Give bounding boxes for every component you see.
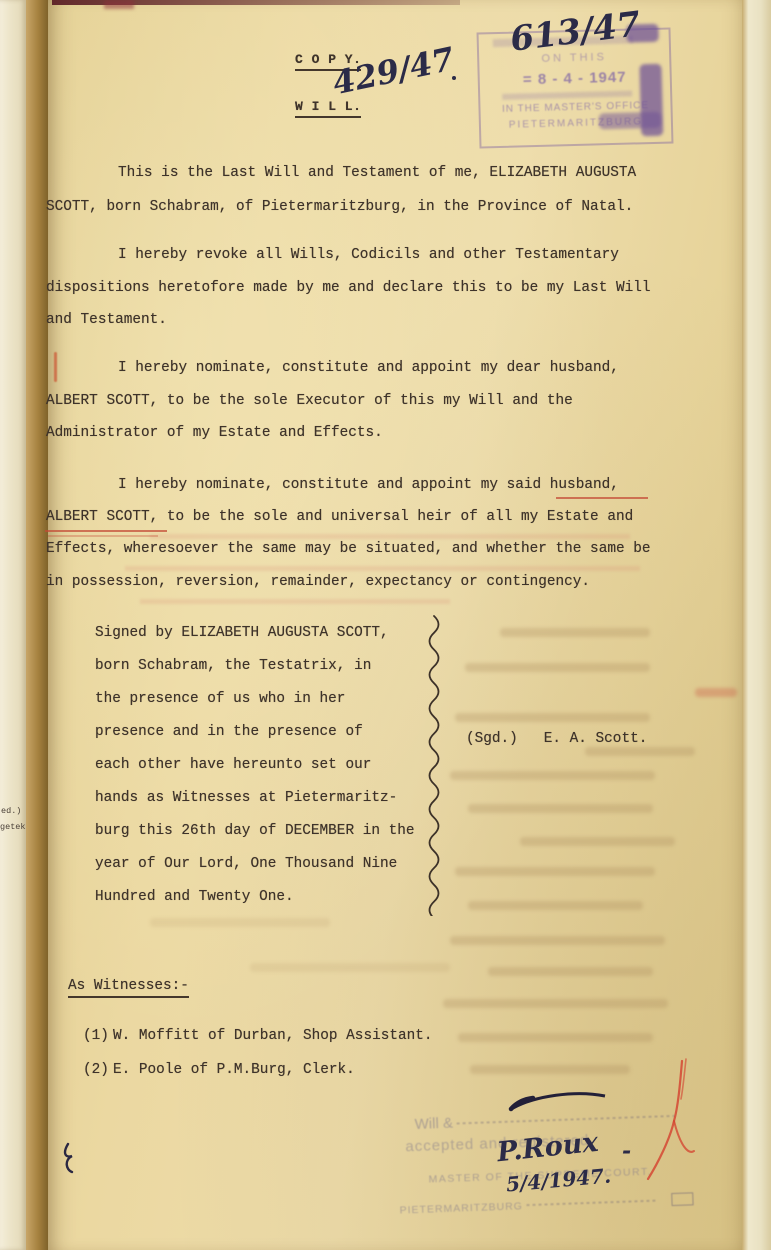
attestation-brace bbox=[422, 614, 446, 916]
regstamp-dotted-line bbox=[527, 1200, 657, 1207]
bleedthrough-mark bbox=[150, 918, 330, 927]
will-text-line: dispositions heretofore made by me and d… bbox=[46, 280, 651, 296]
spine-ink-squiggle bbox=[56, 1142, 82, 1178]
stamp-ink-blotch bbox=[599, 112, 661, 130]
will-heading: W I L L. bbox=[295, 99, 361, 114]
bleedthrough-mark bbox=[250, 963, 450, 972]
regstamp-end-box bbox=[671, 1192, 693, 1206]
red-underline-said-husband bbox=[556, 497, 648, 499]
ink-dash: - bbox=[622, 1138, 631, 1164]
witness-2-text: E. Poole of P.M.Burg, Clerk. bbox=[113, 1062, 355, 1078]
bleedthrough-mark bbox=[450, 936, 665, 945]
scanned-will-page: ed.) geteken w C O P Y. W I L L. 429/47 … bbox=[0, 0, 771, 1250]
will-text-line: I hereby revoke all Wills, Codicils and … bbox=[118, 247, 619, 263]
will-heading-text: W I L L. bbox=[295, 99, 361, 118]
underlying-page-left-edge bbox=[0, 0, 26, 1250]
witnesses-heading: As Witnesses:- bbox=[68, 978, 189, 994]
ink-stroke bbox=[505, 1086, 615, 1116]
pink-smear bbox=[125, 566, 640, 571]
witness-1-text: W. Moffitt of Durban, Shop Assistant. bbox=[113, 1028, 433, 1044]
bleedthrough-mark bbox=[468, 804, 653, 813]
bleedthrough-mark bbox=[500, 628, 650, 637]
red-underline-albert-scott-second bbox=[48, 535, 158, 537]
bleedthrough-mark bbox=[455, 713, 650, 722]
bleedthrough-mark bbox=[520, 837, 675, 846]
attestation-line: hands as Witnesses at Pietermaritz- bbox=[95, 790, 397, 806]
underlying-page-right-edge bbox=[742, 0, 771, 1250]
regstamp-city-text: PIETERMARITZBURG bbox=[399, 1200, 523, 1216]
attestation-line: Signed by ELIZABETH AUGUSTA SCOTT, bbox=[95, 625, 389, 641]
will-text-line: ALBERT SCOTT, to be the sole Executor of… bbox=[46, 393, 573, 409]
red-underline-albert-scott bbox=[45, 530, 167, 532]
pink-smear bbox=[150, 534, 630, 539]
bleedthrough-mark-red bbox=[695, 688, 737, 697]
witnesses-heading-text: As Witnesses:- bbox=[68, 978, 189, 998]
bleedthrough-mark bbox=[455, 867, 655, 876]
attestation-line: each other have hereunto set our bbox=[95, 757, 371, 773]
attestation-line: Hundred and Twenty One. bbox=[95, 889, 294, 905]
regstamp-city-line: PIETERMARITZBURG bbox=[399, 1196, 657, 1217]
bleedthrough-mark bbox=[585, 747, 695, 756]
pink-smear bbox=[140, 599, 450, 604]
attestation-line: born Schabram, the Testatrix, in bbox=[95, 658, 371, 674]
attestation-line: burg this 26th day of DECEMBER in the bbox=[95, 823, 415, 839]
red-check-tick bbox=[54, 352, 57, 382]
sgd-signature-line: (Sgd.) E. A. Scott. bbox=[466, 731, 647, 747]
bleedthrough-mark bbox=[488, 967, 653, 976]
bleedthrough-mark bbox=[458, 1033, 653, 1042]
bleedthrough-mark bbox=[465, 663, 650, 672]
binding-spine bbox=[26, 0, 48, 1250]
will-text-line: This is the Last Will and Testament of m… bbox=[118, 165, 636, 181]
attestation-line: year of Our Lord, One Thousand Nine bbox=[95, 856, 397, 872]
bleedthrough-mark bbox=[470, 1065, 630, 1074]
ink-dot bbox=[452, 76, 456, 80]
witness-2-number: (2) bbox=[83, 1062, 109, 1078]
will-text-line: SCOTT, born Schabram, of Pietermaritzbur… bbox=[46, 199, 633, 215]
will-text-line: I hereby nominate, constitute and appoin… bbox=[118, 477, 619, 493]
will-text-line: Administrator of my Estate and Effects. bbox=[46, 425, 383, 441]
stamp-faded-line bbox=[502, 91, 632, 100]
regstamp-will-text: Will & bbox=[414, 1115, 453, 1133]
bleedthrough-mark bbox=[450, 771, 655, 780]
will-text-line: in possession, reversion, remainder, exp… bbox=[46, 574, 590, 590]
will-text-line: Effects, wheresoever the same may be sit… bbox=[46, 541, 651, 557]
will-text-line: and Testament. bbox=[46, 312, 167, 328]
will-text-line: I hereby nominate, constitute and appoin… bbox=[118, 360, 619, 376]
witness-1-number: (1) bbox=[83, 1028, 109, 1044]
top-red-smudge bbox=[104, 0, 134, 9]
will-text-line: ALBERT SCOTT, to be the sole and univers… bbox=[46, 509, 633, 525]
attestation-line: the presence of us who in her bbox=[95, 691, 345, 707]
margin-note-line1: ed.) bbox=[1, 806, 21, 816]
red-check-mark bbox=[640, 1055, 710, 1190]
bleedthrough-mark bbox=[443, 999, 668, 1008]
attestation-line: presence and in the presence of bbox=[95, 724, 363, 740]
bleedthrough-mark bbox=[468, 901, 643, 910]
